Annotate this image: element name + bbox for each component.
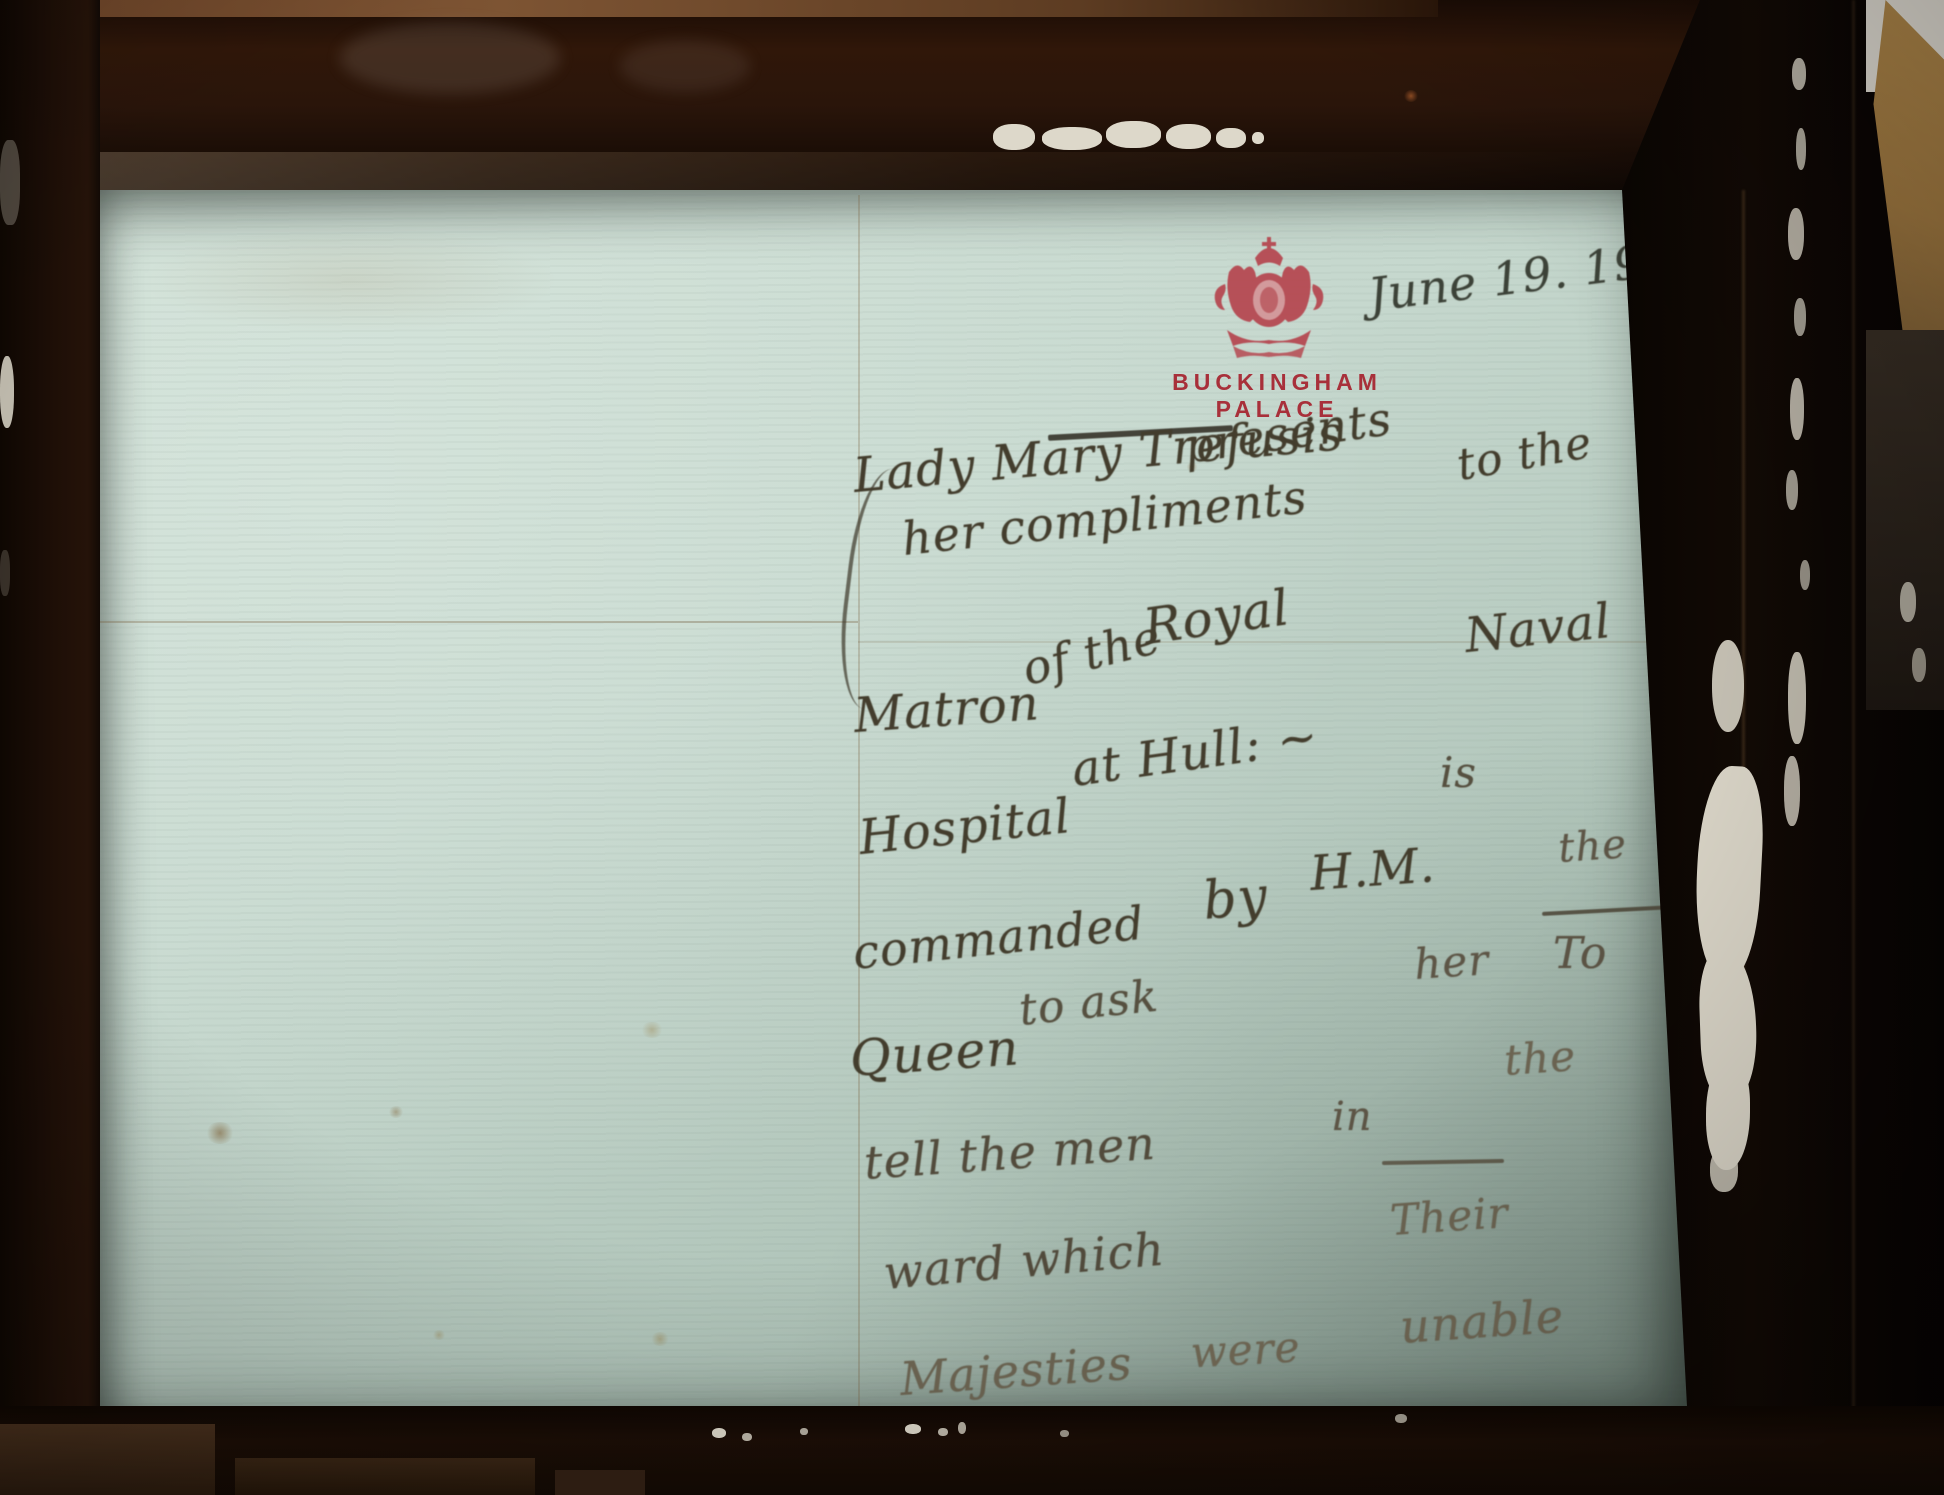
frame-top-edge-highlight xyxy=(0,0,1438,17)
paint-chip xyxy=(742,1433,752,1441)
paint-chip xyxy=(1060,1430,1069,1437)
paint-chip xyxy=(1166,124,1211,149)
worn-patch xyxy=(0,1424,215,1495)
paper-texture xyxy=(88,170,1694,1431)
paint-chip xyxy=(1786,470,1798,510)
paint-chip xyxy=(958,1422,966,1434)
worn-patch xyxy=(0,550,10,596)
handwriting-fragment: Their xyxy=(1389,1188,1511,1245)
paint-chip xyxy=(1106,121,1161,148)
handwriting-fragment: Queen xyxy=(848,1018,1021,1088)
frame-inner-bevel xyxy=(0,152,1660,190)
handwriting-fragment: the xyxy=(1503,1031,1578,1085)
paint-chip xyxy=(0,356,14,428)
stain xyxy=(640,1022,664,1038)
stain xyxy=(432,1330,446,1340)
frame-ridge xyxy=(1852,0,1855,1495)
photo-of-framed-letter: BUCKINGHAM PALACE June 19. 1917. Lady Ma… xyxy=(0,0,1944,1495)
paint-chip xyxy=(1796,128,1806,170)
fold-crease-horizontal xyxy=(100,621,858,623)
paint-chip xyxy=(1252,132,1264,144)
fold-crease-vertical xyxy=(858,195,860,1413)
paint-chip xyxy=(1800,560,1810,590)
paint-chip xyxy=(800,1428,808,1435)
worn-patch xyxy=(235,1458,535,1495)
handwriting-fragment: in xyxy=(1332,1094,1373,1140)
frame-gloss xyxy=(620,40,750,92)
paint-chip xyxy=(1794,298,1806,336)
frame-gloss xyxy=(340,22,560,94)
paint-chip xyxy=(905,1424,921,1434)
paint-chip xyxy=(1912,648,1926,682)
stain-smudge xyxy=(140,225,560,335)
rust-speck xyxy=(1404,90,1418,102)
paint-chip xyxy=(993,124,1035,150)
stain xyxy=(388,1106,404,1118)
paint-chip xyxy=(1790,378,1804,440)
handwriting-fragment: unable xyxy=(1398,1289,1565,1354)
handwriting-fragment: H.M. xyxy=(1308,837,1437,902)
frame-left-bar xyxy=(0,0,100,1495)
handwriting-fragment: the xyxy=(1557,821,1629,872)
letter-paper xyxy=(88,170,1694,1431)
worn-patch xyxy=(0,140,20,225)
handwriting-fragment: is xyxy=(1440,748,1477,797)
background-shadow xyxy=(1866,330,1944,710)
paint-chip xyxy=(1792,58,1806,90)
stain xyxy=(650,1332,670,1346)
handwriting-fragment: To xyxy=(1553,928,1607,979)
frame-bottom-bar xyxy=(0,1406,1944,1495)
handwriting-fragment: were xyxy=(1189,1322,1301,1377)
worn-patch xyxy=(555,1470,645,1495)
paint-chip xyxy=(1784,756,1800,826)
paint-flake-patch xyxy=(1710,1148,1738,1192)
paint-flake-patch xyxy=(1712,640,1744,732)
paint-chip xyxy=(1216,128,1246,148)
royal-crest-icon xyxy=(1203,234,1335,372)
handwriting-fragment: her xyxy=(1413,935,1491,989)
paint-chip xyxy=(1900,582,1916,622)
paint-chip xyxy=(1788,652,1806,744)
paint-chip xyxy=(1042,127,1102,150)
paint-chip xyxy=(938,1428,948,1436)
paint-chip xyxy=(1395,1414,1407,1423)
stain xyxy=(205,1122,235,1144)
handwriting-fragment: by xyxy=(1201,867,1271,932)
paint-chip xyxy=(1788,208,1804,260)
paint-chip xyxy=(712,1428,726,1438)
